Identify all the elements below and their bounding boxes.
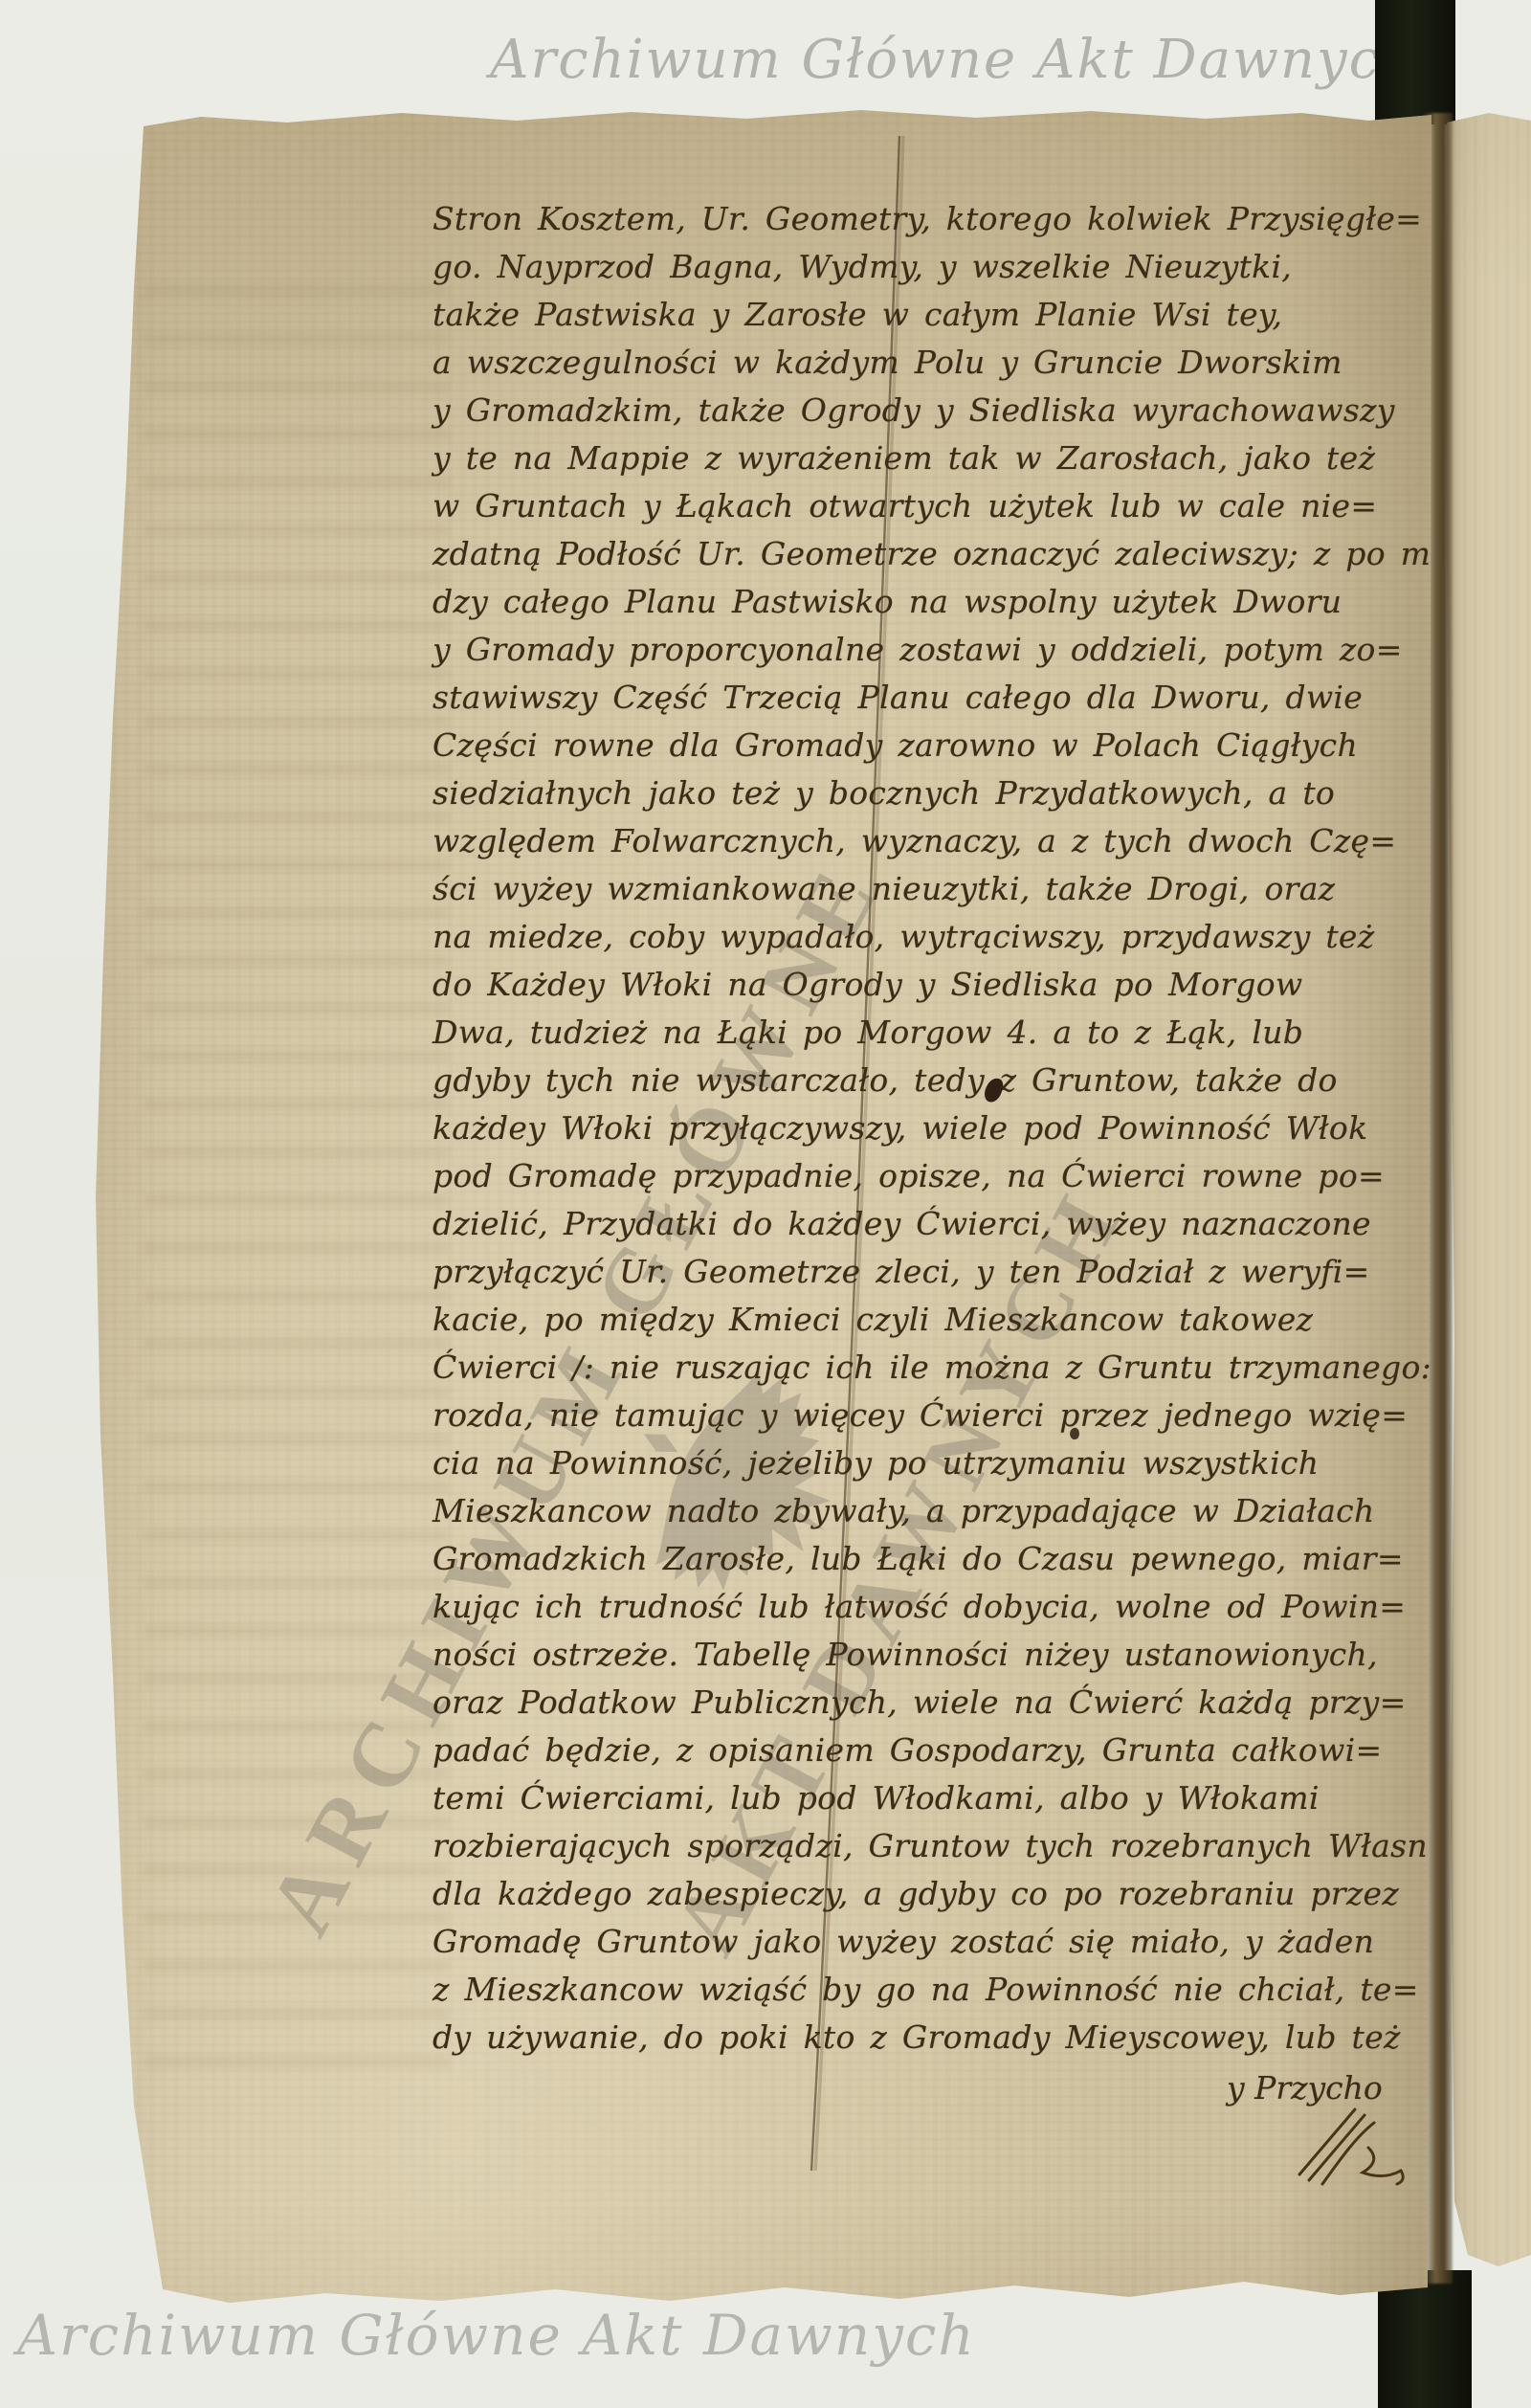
manuscript-line: przyłączyć Ur. Geometrze zleci, y ten Po… <box>433 1248 1428 1296</box>
manuscript-line: Gromadzkich Zarosłe, lub Łąki do Czasu p… <box>433 1535 1428 1583</box>
closing-word: y Przycho <box>1227 2069 1383 2107</box>
black-ribbon-top <box>1375 0 1455 124</box>
manuscript-line: siedziałnych jako też y bocznych Przydat… <box>433 769 1428 817</box>
manuscript-line: dzy całego Planu Pastwisko na wspolny uż… <box>433 578 1428 626</box>
manuscript-line: Części rowne dla Gromady zarowno w Polac… <box>433 722 1428 769</box>
manuscript-line: stawiwszy Część Trzecią Planu całego dla… <box>433 674 1428 722</box>
manuscript-line: y Gromadzkim, także Ogrody y Siedliska w… <box>433 387 1428 435</box>
black-ribbon-bottom <box>1378 2270 1472 2408</box>
manuscript-line: Dwa, tudzież na Łąki po Morgow 4. a to z… <box>433 1009 1428 1057</box>
manuscript-line: gdyby tych nie wystarczało, tedy z Grunt… <box>433 1057 1428 1104</box>
manuscript-line: Gromadę Gruntow jako wyżey zostać się mi… <box>433 1918 1428 1966</box>
bottom-watermark: Archiwum Główne Akt Dawnych <box>17 2303 976 2368</box>
manuscript-line: cia na Powinność, jeżeliby po utrzymaniu… <box>433 1439 1428 1487</box>
manuscript-line: w Gruntach y Łąkach otwartych użytek lub… <box>433 482 1428 530</box>
manuscript-line: ności ostrzeże. Tabellę Powinności niżey… <box>433 1631 1428 1679</box>
manuscript-line: z Mieszkancow wziąść by go na Powinność … <box>433 1966 1428 2014</box>
manuscript-line: go. Nayprzod Bagna, Wydmy, y wszelkie Ni… <box>433 243 1428 291</box>
manuscript-line: oraz Podatkow Publicznych, wiele na Ćwie… <box>433 1679 1428 1727</box>
manuscript-line: kacie, po między Kmieci czyli Mieszkanco… <box>433 1296 1428 1344</box>
manuscript-line: y Gromady proporcyonalne zostawi y oddzi… <box>433 626 1428 674</box>
manuscript-line: rozda, nie tamując y więcey Ćwierci prze… <box>433 1392 1428 1439</box>
manuscript-line: także Pastwiska y Zarosłe w całym Planie… <box>433 291 1428 339</box>
manuscript-line: y te na Mappie z wyrażeniem tak w Zarosł… <box>433 435 1428 482</box>
manuscript-line: rozbierających sporządzi, Gruntow tych r… <box>433 1822 1428 1870</box>
manuscript-line: względem Folwarcznych, wyznaczy, a z tyc… <box>433 817 1428 865</box>
manuscript-line: pod Gromadę przypadnie, opisze, na Ćwier… <box>433 1152 1428 1200</box>
manuscript-line: kując ich trudność lub łatwość dobycia, … <box>433 1583 1428 1631</box>
manuscript-page: ARCHIWUM GŁÓWNE AKT DAWNYCH Stron Koszte… <box>0 0 1531 2408</box>
manuscript-line: do Każdey Włoki na Ogrody y Siedliska po… <box>433 961 1428 1009</box>
manuscript-line: każdey Włoki przyłączywszy, wiele pod Po… <box>433 1104 1428 1152</box>
manuscript-line: a wszczegulności w każdym Polu y Gruncie… <box>433 339 1428 387</box>
manuscript-line: zdatną Podłość Ur. Geometrze oznaczyć za… <box>433 530 1428 578</box>
manuscript-text-block: Stron Kosztem, Ur. Geometry, ktorego kol… <box>433 195 1428 2062</box>
manuscript-line: Ćwierci /: nie ruszając ich ile można z … <box>433 1344 1428 1392</box>
signature-flourish <box>1294 2104 1418 2199</box>
archive-scan-background: Archiwum Główne Akt Dawnych Archiwum Głó… <box>0 0 1531 2408</box>
manuscript-line: Stron Kosztem, Ur. Geometry, ktorego kol… <box>433 195 1428 243</box>
manuscript-line: temi Ćwierciami, lub pod Włodkami, albo … <box>433 1774 1428 1822</box>
manuscript-line: Mieszkancow nadto zbywały, a przypadając… <box>433 1487 1428 1535</box>
manuscript-line: dy używanie, do poki kto z Gromady Mieys… <box>433 2014 1428 2062</box>
top-watermark: Archiwum Główne Akt Dawnych <box>490 29 1417 91</box>
manuscript-line: na miedze, coby wypadało, wytrąciwszy, p… <box>433 913 1428 961</box>
manuscript-line: dla każdego zabespieczy, a gdyby co po r… <box>433 1870 1428 1918</box>
manuscript-line: ści wyżey wzmiankowane nieuzytki, także … <box>433 865 1428 913</box>
manuscript-line: padać będzie, z opisaniem Gospodarzy, Gr… <box>433 1727 1428 1774</box>
manuscript-line: dzielić, Przydatki do każdey Ćwierci, wy… <box>433 1200 1428 1248</box>
